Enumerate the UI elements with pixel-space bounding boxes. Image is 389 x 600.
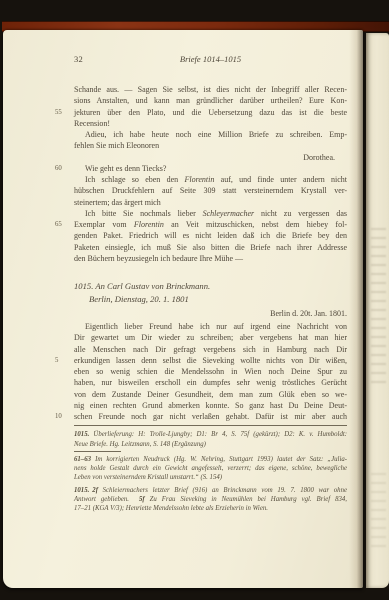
next-page-edge bbox=[366, 33, 389, 588]
footnote-separator bbox=[74, 425, 347, 426]
text-line: Recension! bbox=[74, 118, 347, 129]
line-number: 60 bbox=[55, 163, 67, 174]
text-line: 65Exemplar vom Florentin an Veit mitzusc… bbox=[74, 219, 347, 230]
next-page-ghost-text bbox=[371, 228, 386, 388]
letter-1014-body: Schande aus. — Sagen Sie selbst, ist die… bbox=[74, 84, 347, 264]
footnote-line: nens holde Gestalt durch ein Gewicht ang… bbox=[74, 464, 347, 473]
footnote-line: 61–63 Im korrigierten Neudruck (Hg. W. N… bbox=[74, 455, 347, 464]
text-line: 5erkundigen lassen denn selbst die Sieve… bbox=[74, 355, 347, 366]
text-line: Dir gewartet um Dir wieder zu schreiben;… bbox=[74, 332, 347, 343]
letter-heading-line: 1015. An Carl Gustav von Brinckmann. bbox=[74, 280, 347, 293]
line-number: 55 bbox=[55, 107, 67, 118]
letter-1015-heading: 1015. An Carl Gustav von Brinckmann. Ber… bbox=[74, 280, 347, 306]
text-line: 55jekturen über den Plato, und die Ueber… bbox=[74, 107, 347, 118]
letter-1015-body: Eigentlich lieber Freund habe ich nur au… bbox=[74, 321, 347, 422]
text-line: Adieu, ich habe heute noch eine Million … bbox=[74, 129, 347, 140]
text-line: den Büchern beyzusiegeln ich bedaure Ihr… bbox=[74, 253, 347, 264]
text-line: 60Wie geht es denn Tiecks? bbox=[74, 163, 347, 174]
footnote-line: Neue Briefe. Hg. Leitzmann, S. 148 (Ergä… bbox=[74, 440, 347, 449]
page-gutter-shadow bbox=[349, 30, 363, 588]
text-line: Schande aus. — Sagen Sie selbst, ist die… bbox=[74, 84, 347, 95]
text-line: steinertem; das ärgert mich bbox=[74, 197, 347, 208]
text-line: nig einen rechten Grund abmerken konnte.… bbox=[74, 400, 347, 411]
book-page: 32Briefe 1014–1015 Schande aus. — Sagen … bbox=[3, 30, 363, 588]
text-line: 10schen Freunde noch gar nicht verlaßen … bbox=[74, 411, 347, 422]
page-text-block: 32Briefe 1014–1015 Schande aus. — Sagen … bbox=[74, 54, 347, 514]
line-number: 5 bbox=[55, 355, 67, 366]
line-number: 10 bbox=[55, 411, 67, 422]
text-line: eben so wenig schien die Mendelssohn in … bbox=[74, 366, 347, 377]
dateline: Berlin d. 20t. Jan. 1801. bbox=[74, 308, 347, 319]
line-number: 65 bbox=[55, 219, 67, 230]
text-line: Eigentlich lieber Freund habe ich nur au… bbox=[74, 321, 347, 332]
page-header: 32Briefe 1014–1015 bbox=[74, 54, 347, 65]
footnote-line: Antwort geblieben.5f Zu Frau Sieveking i… bbox=[74, 495, 347, 504]
footnote-line: 17–21 (KGA V/3); Henriette Mendelssohn l… bbox=[74, 504, 347, 513]
footnote-line: Leben von versteinerndem Kristall umstar… bbox=[74, 473, 347, 482]
book-scan: 32Briefe 1014–1015 Schande aus. — Sagen … bbox=[0, 0, 389, 600]
text-line: Paketen einsiegle, ich muß Sie also bitt… bbox=[74, 242, 347, 253]
page-number: 32 bbox=[74, 54, 83, 65]
text-line: fehlen Sie mich Eleonoren bbox=[74, 140, 347, 151]
next-page-ghost-text bbox=[371, 473, 386, 548]
apparatus-separator bbox=[74, 451, 121, 452]
text-line: sions Anstalten, und kann man gründliche… bbox=[74, 95, 347, 106]
text-line: haben, nur bisweilen erscholl ein dumpfe… bbox=[74, 377, 347, 388]
footnote-line: 1015. Überlieferung: H: Trolle-Ljungby; … bbox=[74, 430, 347, 439]
commentary-note: 1015.2f Schleiermachers letzter Brief (9… bbox=[74, 486, 347, 514]
text-line: von dem Zustande Deiner Gesundheit, dem … bbox=[74, 389, 347, 400]
text-line: alle Menschen nach Dir gefragt vergebens… bbox=[74, 344, 347, 355]
text-line: hübschen Druckfehlern auf Seite 309 stat… bbox=[74, 185, 347, 196]
running-title: Briefe 1014–1015 bbox=[74, 54, 347, 65]
signature-line: Dorothea. bbox=[74, 152, 347, 163]
text-line: genden Paket. Friedrich will es nicht le… bbox=[74, 230, 347, 241]
footnote-line: 1015.2f Schleiermachers letzter Brief (9… bbox=[74, 486, 347, 495]
apparatus-note: 1015. Überlieferung: H: Trolle-Ljungby; … bbox=[74, 430, 347, 449]
variant-note: 61–63 Im korrigierten Neudruck (Hg. W. N… bbox=[74, 455, 347, 483]
text-line: Ich bitte Sie nochmals lieber Schleyerma… bbox=[74, 208, 347, 219]
letter-heading-line: Berlin, Dienstag, 20. 1. 1801 bbox=[74, 293, 347, 306]
text-line: Ich schlage so eben den Florentin auf, u… bbox=[74, 174, 347, 185]
